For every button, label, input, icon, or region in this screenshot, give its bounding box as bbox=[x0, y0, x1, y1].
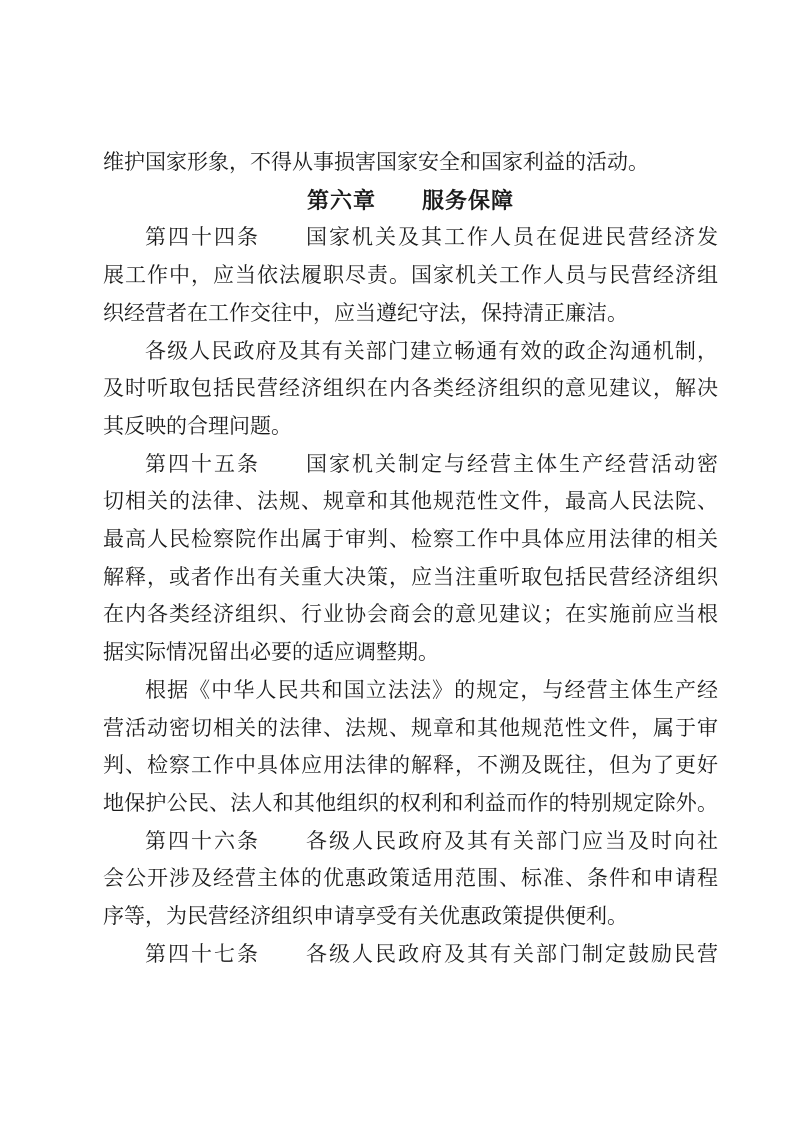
text-line: 展工作中，应当依法履职尽责。国家机关工作人员与民营经济组 bbox=[103, 257, 718, 295]
text-line: 织经营者在工作交往中，应当遵纪守法，保持清正廉洁。 bbox=[103, 295, 718, 333]
text-line: 第四十六条 各级人民政府及其有关部门应当及时向社 bbox=[103, 823, 718, 861]
document-content: 维护国家形象，不得从事损害国家安全和国家利益的活动。第六章 服务保障第四十四条 … bbox=[103, 144, 718, 973]
text-line: 序等，为民营经济组织申请享受有关优惠政策提供便利。 bbox=[103, 898, 718, 936]
text-line: 营活动密切相关的法律、法规、规章和其他规范性文件，属于审 bbox=[103, 710, 718, 748]
text-line: 根据《中华人民共和国立法法》的规定，与经营主体生产经 bbox=[103, 672, 718, 710]
text-line: 第四十五条 国家机关制定与经营主体生产经营活动密 bbox=[103, 446, 718, 484]
text-line: 在内各类经济组织、行业协会商会的意见建议；在实施前应当根 bbox=[103, 596, 718, 634]
text-line: 判、检察工作中具体应用法律的解释，不溯及既往，但为了更好 bbox=[103, 747, 718, 785]
text-line: 第四十七条 各级人民政府及其有关部门制定鼓励民营 bbox=[103, 936, 718, 974]
text-line: 及时听取包括民营经济组织在内各类经济组织的意见建议，解决 bbox=[103, 370, 718, 408]
text-line: 其反映的合理问题。 bbox=[103, 408, 718, 446]
text-line: 解释，或者作出有关重大决策，应当注重听取包括民营经济组织 bbox=[103, 559, 718, 597]
text-line: 第四十四条 国家机关及其工作人员在促进民营经济发 bbox=[103, 219, 718, 257]
text-line: 地保护公民、法人和其他组织的权利和利益而作的特别规定除外。 bbox=[103, 785, 718, 823]
text-line: 会公开涉及经营主体的优惠政策适用范围、标准、条件和申请程 bbox=[103, 860, 718, 898]
text-line: 据实际情况留出必要的适应调整期。 bbox=[103, 634, 718, 672]
chapter-heading: 第六章 服务保障 bbox=[103, 182, 718, 220]
text-line: 各级人民政府及其有关部门建立畅通有效的政企沟通机制， bbox=[103, 333, 718, 371]
text-line: 切相关的法律、法规、规章和其他规范性文件，最高人民法院、 bbox=[103, 483, 718, 521]
text-line: 维护国家形象，不得从事损害国家安全和国家利益的活动。 bbox=[103, 144, 718, 182]
document-page: 维护国家形象，不得从事损害国家安全和国家利益的活动。第六章 服务保障第四十四条 … bbox=[0, 0, 793, 1122]
text-line: 最高人民检察院作出属于审判、检察工作中具体应用法律的相关 bbox=[103, 521, 718, 559]
